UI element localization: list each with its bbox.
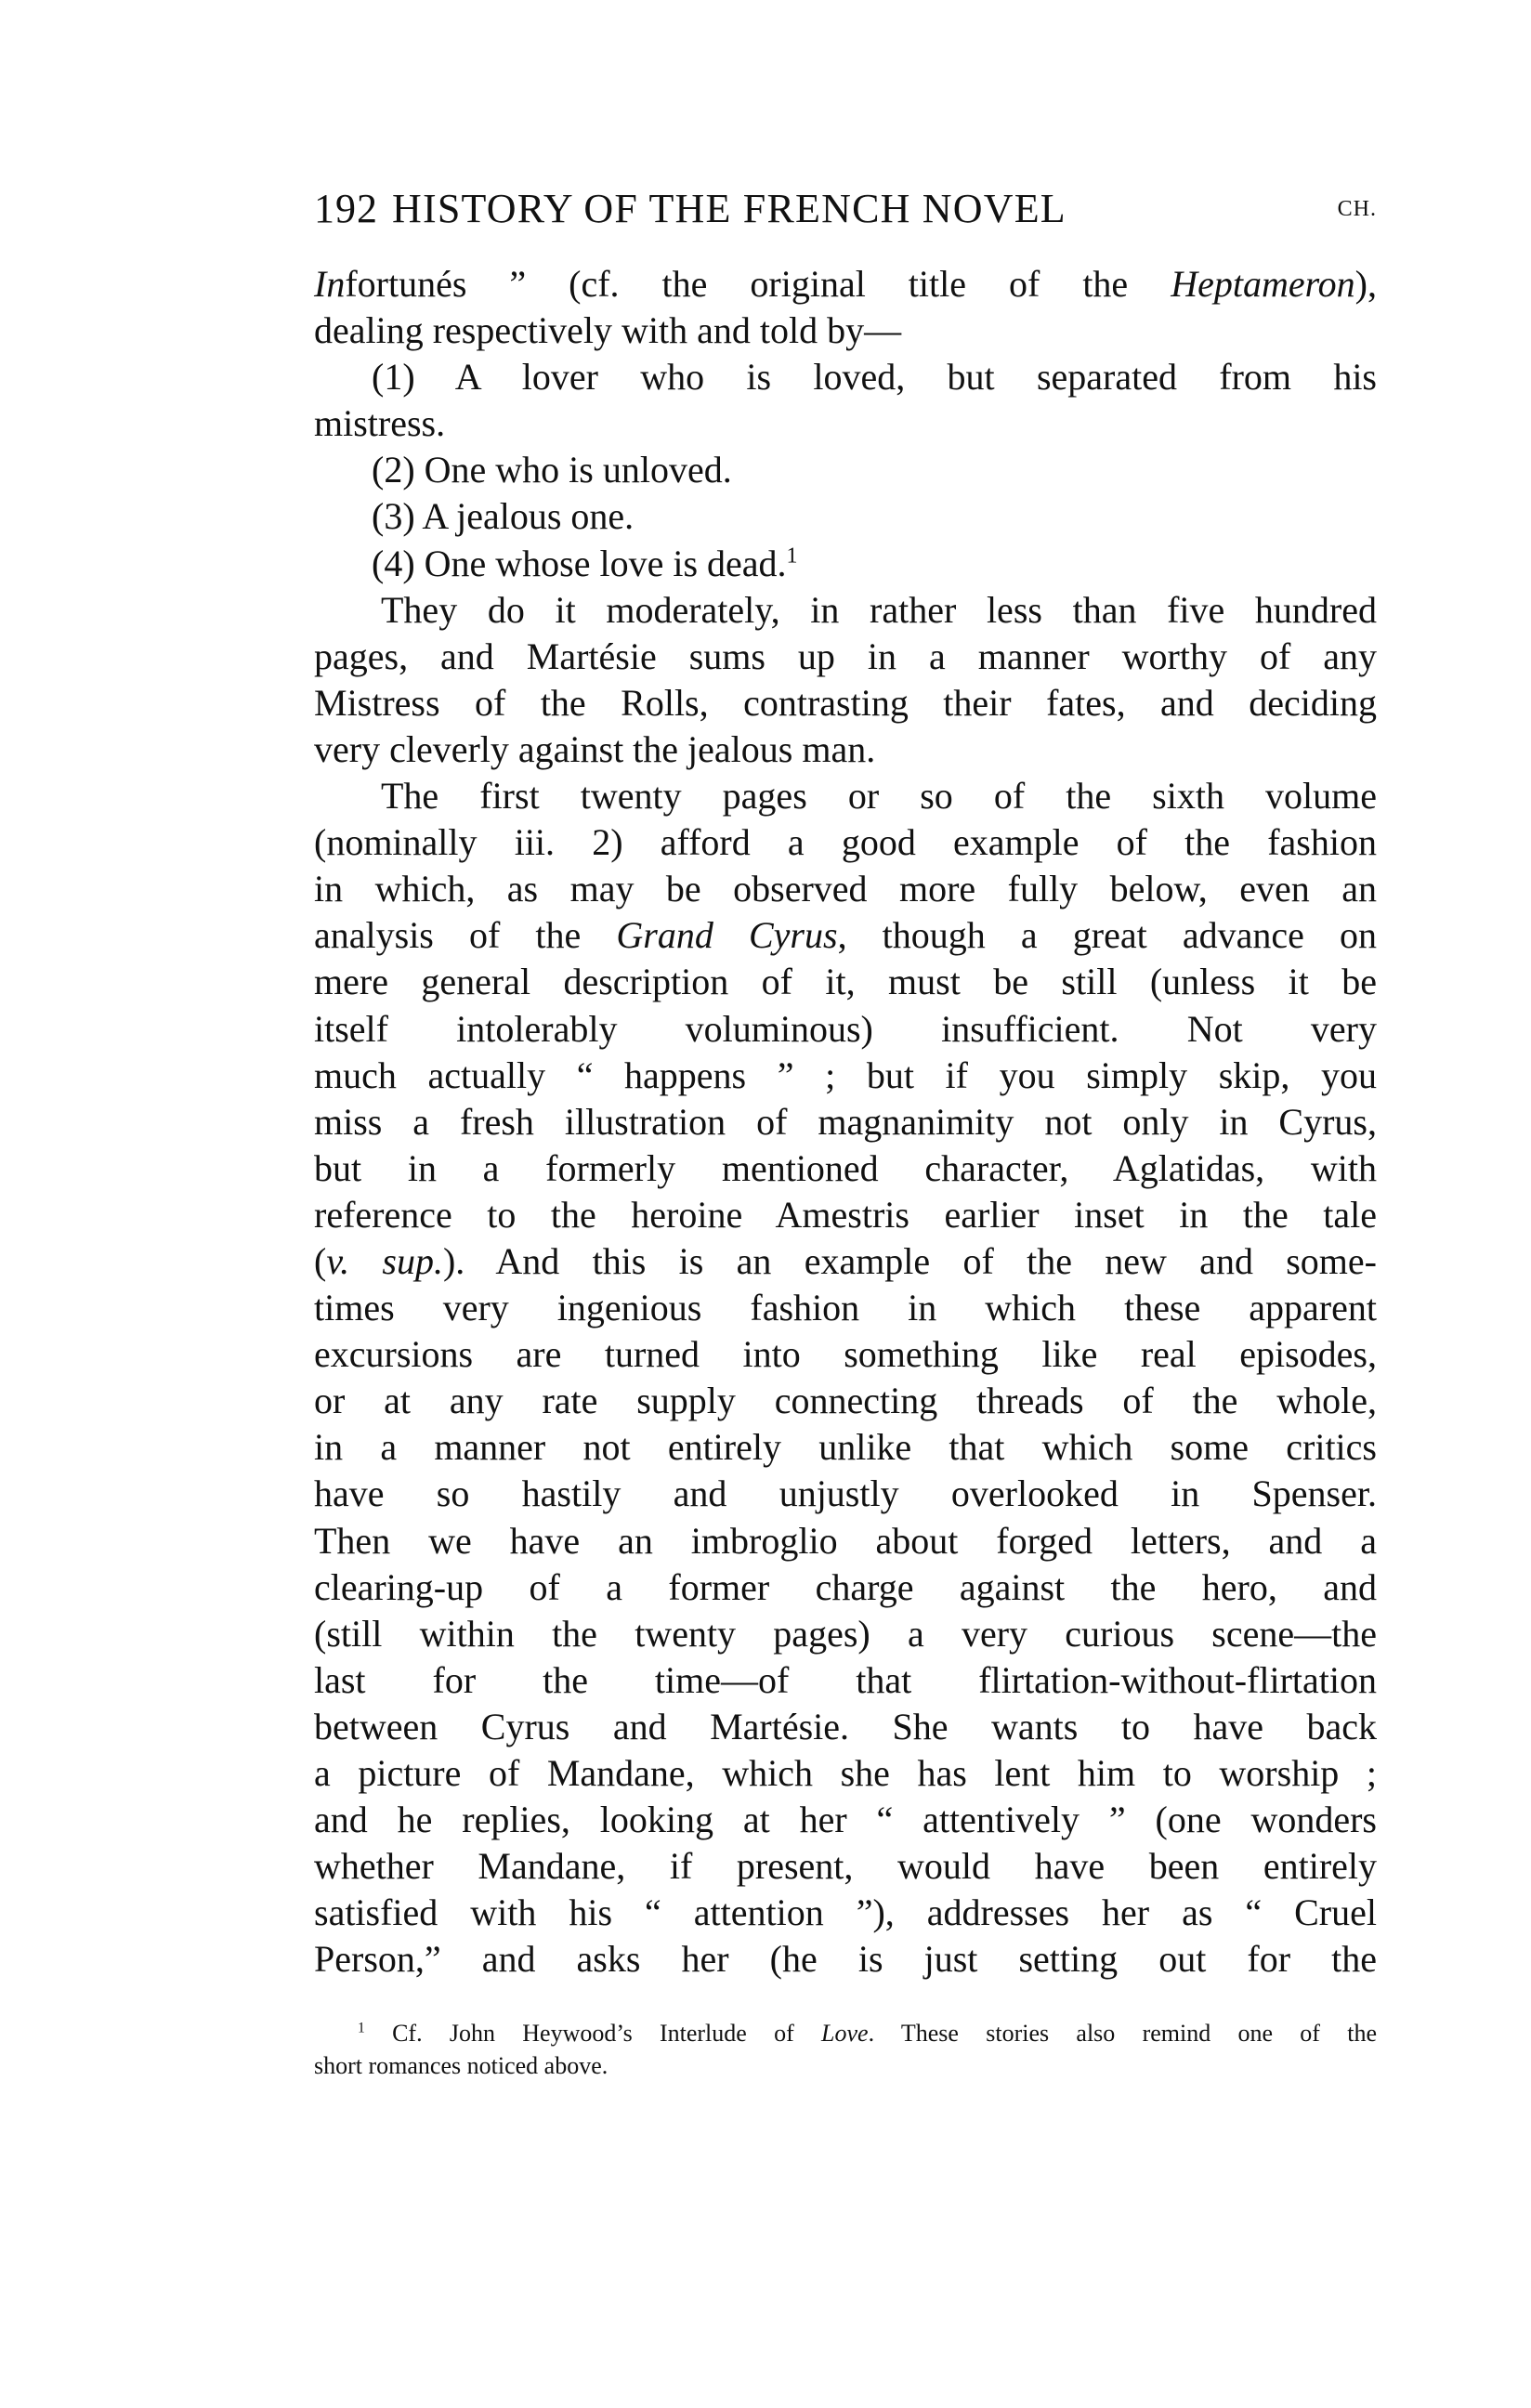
footnote-line: short romances noticed above.	[314, 2049, 1377, 2082]
body-line: in which, as may be observed more fully …	[314, 866, 1377, 912]
body-line: Infortunés ” (cf. the original title of …	[314, 261, 1377, 308]
body-line: satisfied with his “ attention ”), addre…	[314, 1890, 1377, 1936]
text-segment: a picture of Mandane, which she has lent…	[314, 1752, 1377, 1794]
footnote-line: 1 Cf. John Heywood’s Interlude of Love. …	[314, 2017, 1377, 2049]
body-line: Then we have an imbroglio about forged l…	[314, 1518, 1377, 1564]
text-segment: have so hastily and unjustly overlooked …	[314, 1472, 1377, 1514]
text-segment: miss a fresh illustration of magnanimity…	[314, 1101, 1377, 1143]
text-segment: and he replies, looking at her “ attenti…	[314, 1799, 1377, 1840]
italic-text: Heptameron	[1171, 263, 1354, 305]
body-line: whether Mandane, if present, would have …	[314, 1843, 1377, 1890]
body-line: analysis of the Grand Cyrus, though a gr…	[314, 912, 1377, 959]
text-segment: between Cyrus and Martésie. She wants to…	[314, 1706, 1377, 1747]
footnotes: 1 Cf. John Heywood’s Interlude of Love. …	[314, 2017, 1377, 2082]
body-text: Infortunés ” (cf. the original title of …	[314, 261, 1377, 1983]
italic-text: Love	[821, 2020, 869, 2047]
body-line: or at any rate supply connecting threads…	[314, 1378, 1377, 1424]
text-segment: times very ingenious fashion in which th…	[314, 1287, 1377, 1328]
footnote-marker: 1	[358, 2021, 365, 2036]
text-segment: mistress.	[314, 402, 445, 444]
text-segment: fortunés ” (cf. the original title of th…	[345, 263, 1171, 305]
body-line: (v. sup.). And this is an example of the…	[314, 1238, 1377, 1285]
text-segment: (	[314, 1240, 326, 1282]
body-line: pages, and Martésie sums up in a manner …	[314, 634, 1377, 680]
book-title: HISTORY OF THE FRENCH NOVEL	[392, 186, 1066, 232]
body-line: mistress.	[314, 400, 1377, 447]
body-line: times very ingenious fashion in which th…	[314, 1285, 1377, 1331]
text-segment: but in a formerly mentioned character, A…	[314, 1147, 1377, 1189]
text-segment: , though a great advance on	[838, 914, 1377, 956]
footnote-marker: 1	[787, 543, 798, 568]
text-segment: analysis of the	[314, 914, 616, 956]
body-line: last for the time—of that flirtation-wit…	[314, 1657, 1377, 1704]
body-line: (4) One whose love is dead.1	[314, 541, 1377, 587]
book-page: 192 HISTORY OF THE FRENCH NOVEL CH. Info…	[0, 0, 1531, 2408]
body-line: much actually “ happens ” ; but if you s…	[314, 1053, 1377, 1099]
text-segment: mere general description of it, must be …	[314, 961, 1377, 1002]
body-line: They do it moderately, in rather less th…	[314, 587, 1377, 634]
body-line: have so hastily and unjustly overlooked …	[314, 1471, 1377, 1517]
body-line: excursions are turned into something lik…	[314, 1331, 1377, 1378]
running-head: 192 HISTORY OF THE FRENCH NOVEL CH.	[314, 186, 1377, 232]
text-segment: short romances noticed above.	[314, 2052, 608, 2079]
text-segment: reference to the heroine Amestris earlie…	[314, 1194, 1377, 1236]
text-segment: in which, as may be observed more fully …	[314, 868, 1377, 910]
page-number: 192	[314, 186, 378, 232]
body-line: (3) A jealous one.	[314, 493, 1377, 540]
body-line: but in a formerly mentioned character, A…	[314, 1145, 1377, 1192]
italic-text: In	[314, 263, 345, 305]
text-segment: satisfied with his “ attention ”), addre…	[314, 1891, 1377, 1933]
body-line: between Cyrus and Martésie. She wants to…	[314, 1704, 1377, 1750]
body-line: (2) One who is unloved.	[314, 447, 1377, 493]
text-segment: (still within the twenty pages) a very c…	[314, 1613, 1377, 1655]
body-line: The first twenty pages or so of the sixt…	[314, 773, 1377, 819]
body-line: in a manner not entirely unlike that whi…	[314, 1424, 1377, 1471]
text-segment: Mistress of the Rolls, contrasting their…	[314, 682, 1377, 724]
body-line: miss a fresh illustration of magnanimity…	[314, 1099, 1377, 1145]
body-line: mere general description of it, must be …	[314, 959, 1377, 1005]
text-segment: (4) One whose love is dead.	[372, 543, 787, 584]
text-segment: Person,” and asks her (he is just settin…	[314, 1938, 1377, 1980]
body-line: clearing-up of a former charge against t…	[314, 1564, 1377, 1611]
chapter-mark: CH.	[1338, 186, 1377, 232]
body-line: (nominally iii. 2) afford a good example…	[314, 819, 1377, 866]
text-segment: whether Mandane, if present, would have …	[314, 1845, 1377, 1887]
text-segment: excursions are turned into something lik…	[314, 1333, 1377, 1375]
body-line: Mistress of the Rolls, contrasting their…	[314, 680, 1377, 726]
body-line: (still within the twenty pages) a very c…	[314, 1611, 1377, 1657]
text-segment: ),	[1355, 263, 1377, 305]
body-line: and he replies, looking at her “ attenti…	[314, 1797, 1377, 1843]
text-segment: Cf. John Heywood’s Interlude of	[365, 2020, 821, 2047]
text-segment: or at any rate supply connecting threads…	[314, 1380, 1377, 1421]
text-segment: (3) A jealous one.	[372, 495, 634, 537]
body-line: (1) A lover who is loved, but separated …	[314, 354, 1377, 400]
text-segment: They do it moderately, in rather less th…	[381, 589, 1377, 631]
text-segment: very cleverly against the jealous man.	[314, 728, 875, 770]
body-line: a picture of Mandane, which she has lent…	[314, 1750, 1377, 1797]
italic-text: Grand Cyrus	[616, 914, 837, 956]
italic-text: v. sup.	[326, 1240, 443, 1282]
text-segment: dealing respectively with and told by—	[314, 309, 901, 351]
text-segment: (2) One who is unloved.	[372, 449, 732, 491]
text-segment: pages, and Martésie sums up in a manner …	[314, 635, 1377, 677]
text-segment: The first twenty pages or so of the sixt…	[381, 775, 1377, 817]
body-line: dealing respectively with and told by—	[314, 308, 1377, 354]
text-segment: clearing-up of a former charge against t…	[314, 1566, 1377, 1608]
body-line: Person,” and asks her (he is just settin…	[314, 1936, 1377, 1983]
text-segment: Then we have an imbroglio about forged l…	[314, 1520, 1377, 1562]
text-segment: (1) A lover who is loved, but separated …	[372, 356, 1377, 398]
body-line: very cleverly against the jealous man.	[314, 726, 1377, 773]
text-segment: in a manner not entirely unlike that whi…	[314, 1426, 1377, 1468]
text-segment: itself intolerably voluminous) insuffici…	[314, 1008, 1377, 1050]
text-segment: ). And this is an example of the new and…	[443, 1240, 1377, 1282]
text-segment: much actually “ happens ” ; but if you s…	[314, 1054, 1377, 1096]
text-segment: (nominally iii. 2) afford a good example…	[314, 821, 1377, 863]
text-segment: . These stories also remind one of the	[869, 2020, 1377, 2047]
body-line: itself intolerably voluminous) insuffici…	[314, 1006, 1377, 1053]
body-line: reference to the heroine Amestris earlie…	[314, 1192, 1377, 1238]
text-segment: last for the time—of that flirtation-wit…	[314, 1659, 1377, 1701]
